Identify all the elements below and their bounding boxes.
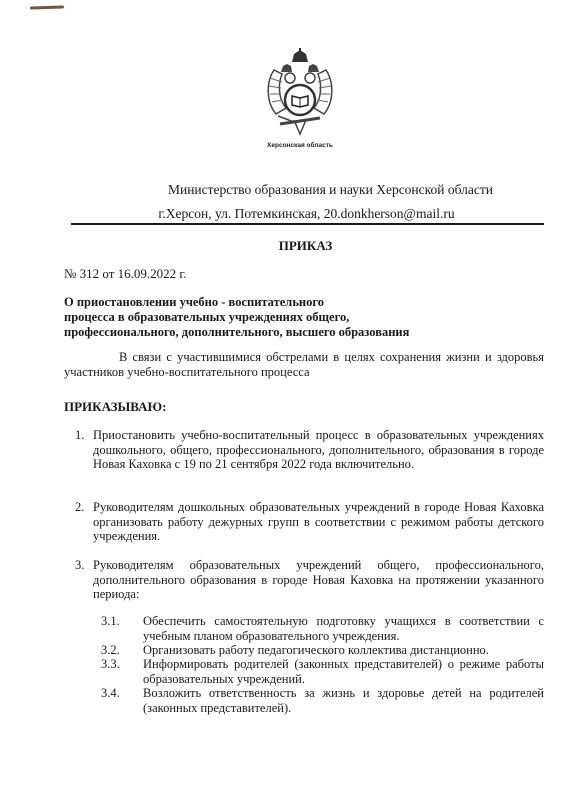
order-subitem: 3.2. Организовать работу педагогического… (143, 643, 544, 658)
item-number: 3. (75, 558, 84, 573)
subitem-text: Информировать родителей (законных предст… (143, 657, 544, 686)
item-text: Приостановить учебно-воспитательный проц… (93, 428, 544, 471)
item-number: 1. (75, 428, 84, 443)
subitem-text: Организовать работу педагогического колл… (143, 643, 489, 657)
item-text: Руководителям образовательных учреждений… (93, 558, 544, 601)
emblem-caption: Херсонская область (250, 142, 350, 149)
item-text: Руководителям дошкольных образовательных… (93, 500, 544, 543)
subitem-number: 3.4. (101, 686, 120, 701)
order-heading: ПРИКАЗЫВАЮ: (64, 399, 167, 415)
subject-line: профессионального, дополнительного, высш… (64, 325, 409, 340)
ministry-name: Министерство образования и науки Херсонс… (100, 182, 561, 198)
order-subitem: 3.1. Обеспечить самостоятельную подготов… (143, 614, 544, 643)
order-subject: О приостановлении учебно - воспитательно… (64, 295, 409, 340)
order-item: 2. Руководителям дошкольных образователь… (93, 500, 544, 544)
subject-line: процесса в образовательных учреждениях о… (64, 310, 409, 325)
item-number: 2. (75, 500, 84, 515)
order-item: 1. Приостановить учебно-воспитательный п… (93, 428, 544, 472)
order-item: 3. Руководителям образовательных учрежде… (93, 558, 544, 602)
order-number-date: № 312 от 16.09.2022 г. (64, 266, 187, 282)
ministry-address: г.Херсон, ул. Потемкинская, 20.donkherso… (70, 206, 543, 222)
order-subitem: 3.3. Информировать родителей (законных п… (143, 657, 544, 686)
subitem-number: 3.3. (101, 657, 120, 672)
subitem-number: 3.2. (101, 643, 120, 658)
coat-of-arms-emblem (264, 48, 336, 144)
preamble-paragraph: В связи с участившимися обстрелами в цел… (64, 350, 544, 380)
scan-corner-mark (30, 5, 64, 9)
subitem-number: 3.1. (101, 614, 120, 629)
document-title: ПРИКАЗ (0, 238, 561, 254)
order-subitem: 3.4. Возложить ответственность за жизнь … (143, 686, 544, 715)
header-divider (71, 223, 544, 225)
subject-line: О приостановлении учебно - воспитательно… (64, 295, 409, 310)
subitem-text: Возложить ответственность за жизнь и здо… (143, 686, 544, 715)
subitem-text: Обеспечить самостоятельную подготовку уч… (143, 614, 544, 643)
